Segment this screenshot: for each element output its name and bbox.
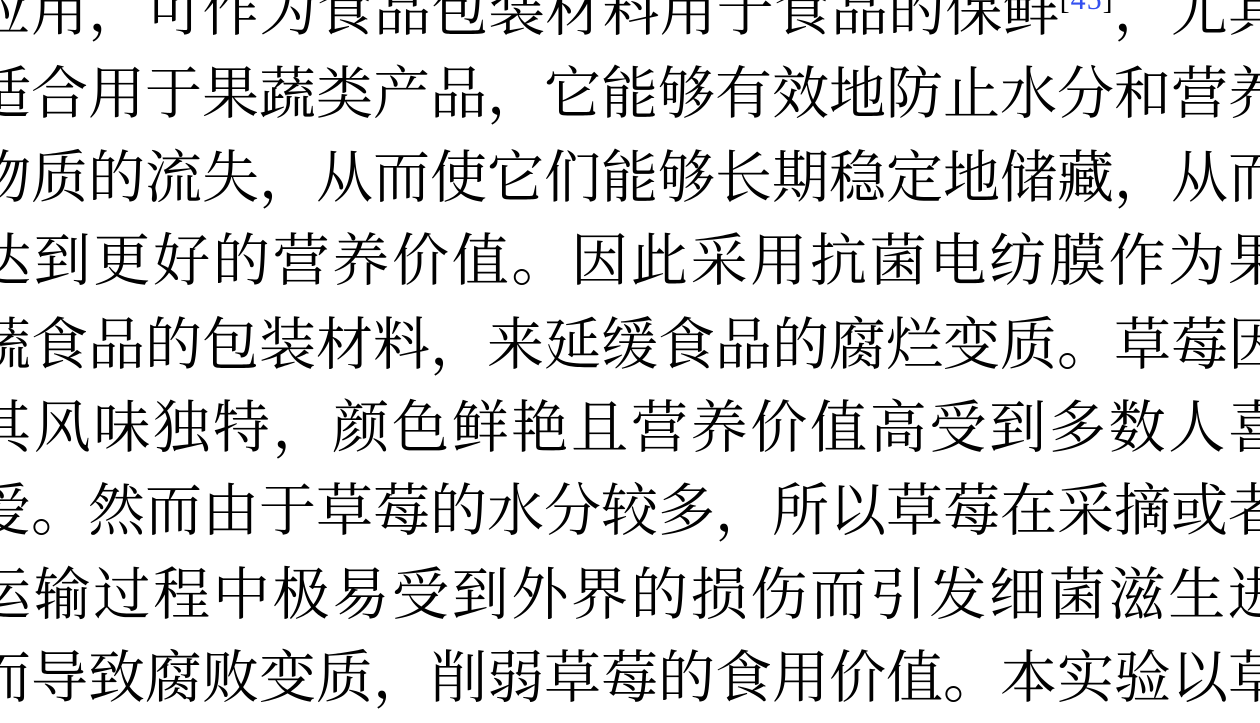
- citation-bracket-open: [: [1060, 0, 1071, 16]
- text-segment: ，尤其: [1114, 0, 1260, 43]
- text-segment: 其风味独特，颜色鲜艳且营养价值高受到多数人喜: [0, 397, 1260, 460]
- text-segment: 蔬食品的包装材料，来延缓食品的腐烂变质。草莓因: [0, 314, 1260, 377]
- text-segment: 而导致腐败变质，削弱草莓的食用价值。本实验以草: [0, 647, 1260, 710]
- text-line: 运输过程中极易受到外界的损伤而引发细菌滋生进: [0, 554, 1260, 637]
- text-segment: 应用，可作为食品包装材料用于食品的保鲜: [0, 0, 1060, 43]
- citation-ref-link[interactable]: [45]: [1060, 0, 1114, 16]
- citation-number: 45: [1071, 0, 1103, 16]
- text-line: 物质的流失，从而使它们能够长期稳定地储藏，从而: [0, 137, 1260, 220]
- text-line: 蔬食品的包装材料，来延缓食品的腐烂变质。草莓因: [0, 304, 1260, 387]
- text-segment: 达到更好的营养价值。因此采用抗菌电纺膜作为果: [0, 230, 1260, 293]
- text-segment: 爱。然而由于草莓的水分较多，所以草莓在采摘或者: [0, 480, 1260, 543]
- text-segment: 适合用于果蔬类产品，它能够有效地防止水分和营养: [0, 63, 1260, 126]
- text-line: 适合用于果蔬类产品，它能够有效地防止水分和营养: [0, 53, 1260, 136]
- text-segment: 运输过程中极易受到外界的损伤而引发细菌滋生进: [0, 564, 1260, 627]
- paragraph-block: 应用，可作为食品包装材料用于食品的保鲜[45]，尤其适合用于果蔬类产品，它能够有…: [0, 0, 1260, 721]
- text-line: 其风味独特，颜色鲜艳且营养价值高受到多数人喜: [0, 387, 1260, 470]
- text-segment: 物质的流失，从而使它们能够长期稳定地储藏，从而: [0, 147, 1260, 210]
- text-line: 应用，可作为食品包装材料用于食品的保鲜[45]，尤其: [0, 0, 1260, 53]
- text-line: 爱。然而由于草莓的水分较多，所以草莓在采摘或者: [0, 470, 1260, 553]
- text-line: 而导致腐败变质，削弱草莓的食用价值。本实验以草: [0, 637, 1260, 720]
- text-line: 达到更好的营养价值。因此采用抗菌电纺膜作为果: [0, 220, 1260, 303]
- citation-bracket-close: ]: [1103, 0, 1114, 16]
- document-page: 应用，可作为食品包装材料用于食品的保鲜[45]，尤其适合用于果蔬类产品，它能够有…: [0, 0, 1260, 723]
